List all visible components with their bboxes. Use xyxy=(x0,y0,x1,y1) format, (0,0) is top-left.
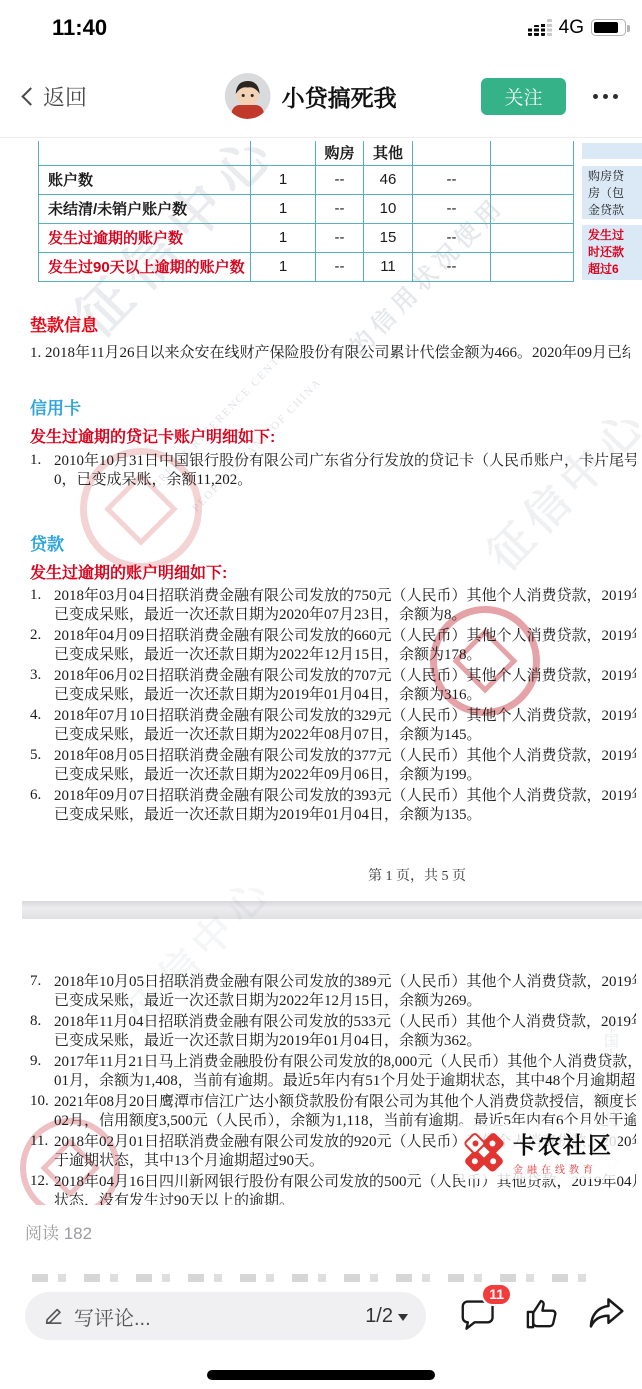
loan-items-page1: 1.2018年03月04日招联消费金融有限公司发放的750元（人民币）其他个人消… xyxy=(30,587,636,825)
loan-item: 6.2018年09月07日招联消费金融有限公司发放的393元（人民币）其他个人消… xyxy=(30,787,636,825)
loan-item: 9.2017年11月21日马上消费金融股份有限公司发放的8,000元（人民币）其… xyxy=(30,1053,636,1091)
advance-item: 1. 2018年11月26日以来众安在线财产保险股份有限公司累计代偿金额为466… xyxy=(30,341,630,362)
section-heading-loans: 贷款 xyxy=(30,530,642,555)
loan-item: 8.2018年11月04日招联消费金融有限公司发放的533元（人民币）其他个人消… xyxy=(30,1013,636,1051)
comments-button[interactable]: 11 xyxy=(460,1296,496,1337)
credit-card-subheading: 发生过逾期的贷记卡账户明细如下: xyxy=(30,424,642,447)
loan-item: 7.2018年10月05日招联消费金融有限公司发放的389元（人民币）其他个人消… xyxy=(30,973,636,1011)
side-note-strip xyxy=(582,143,642,159)
chevron-down-icon xyxy=(398,1314,408,1321)
clock: 11:40 xyxy=(52,15,107,41)
comment-count-badge: 11 xyxy=(481,1283,512,1306)
signal-strength-icon xyxy=(528,19,552,36)
credit-card-item: 1. 2010年10月31日中国银行股份有限公司广东省分行发放的贷记卡（人民币账… xyxy=(30,452,636,490)
network-type-label: 4G xyxy=(559,17,584,39)
overdue-summary-table: 购房 其他 账户数 1 -- 46 -- 未结清/未销户账户数 1 -- 10 … xyxy=(38,141,574,282)
thumbs-up-icon xyxy=(524,1296,560,1332)
share-arrow-icon xyxy=(588,1295,626,1333)
col-header: 购房 xyxy=(316,141,364,165)
table-row: 未结清/未销户账户数 1 -- 10 -- xyxy=(39,194,574,223)
back-label: 返回 xyxy=(43,81,87,112)
loans-subheading: 发生过逾期的账户明细如下: xyxy=(30,560,642,583)
view-count: 阅读 182 xyxy=(25,1219,642,1244)
kanong-brand-watermark: 卡农社区 金融在线教育 xyxy=(458,1124,618,1179)
back-button[interactable]: 返回 xyxy=(24,81,87,112)
section-heading-credit-card: 信用卡 xyxy=(30,394,642,419)
status-bar: 11:40 4G xyxy=(0,0,642,55)
kanong-logo-icon xyxy=(454,1122,513,1181)
table-row: 发生过逾期的账户数 1 -- 15 -- xyxy=(39,223,574,252)
nav-bar: 返回 小贷搞死我 关注 xyxy=(0,55,642,137)
loan-item: 3.2018年06月02日招联消费金融有限公司发放的707元（人民币）其他个人消… xyxy=(30,667,636,705)
home-indicator[interactable] xyxy=(207,1370,435,1380)
post-image-credit-report[interactable]: 征信中心 的信用状况使用 CREDIT REFERENCE CENTER, PE… xyxy=(0,137,642,1205)
side-note-top: 购房贷房（包金贷款 xyxy=(582,166,642,219)
follow-button[interactable]: 关注 xyxy=(481,78,566,115)
more-options-icon[interactable] xyxy=(593,88,618,105)
page-separator xyxy=(22,901,642,919)
loan-item: 2.2018年04月09日招联消费金融有限公司发放的660元（人民币）其他个人消… xyxy=(30,627,636,665)
battery-icon xyxy=(591,19,626,36)
share-button[interactable] xyxy=(588,1295,626,1338)
avatar[interactable] xyxy=(225,73,271,119)
side-note-bottom: 发生过时还款超过6 xyxy=(582,225,642,280)
comment-input[interactable]: 写评论... 1/2 xyxy=(25,1292,426,1340)
page-title: 小贷搞死我 xyxy=(282,80,397,113)
page-number-footer: 第 1 页，共 5 页 xyxy=(368,865,642,885)
chevron-left-icon xyxy=(21,87,39,105)
table-header-row: 购房 其他 xyxy=(39,141,574,165)
loan-item: 1.2018年03月04日招联消费金融有限公司发放的750元（人民币）其他个人消… xyxy=(30,587,636,625)
pen-icon xyxy=(43,1305,65,1327)
comment-placeholder: 写评论... xyxy=(74,1302,151,1331)
section-heading-advance: 垫款信息 xyxy=(30,311,642,336)
page-selector[interactable]: 1/2 xyxy=(365,1305,408,1328)
loan-item: 4.2018年07月10日招联消费金融有限公司发放的329元（人民币）其他个人消… xyxy=(30,707,636,745)
loan-item: 5.2018年08月05日招联消费金融有限公司发放的377元（人民币）其他个人消… xyxy=(30,747,636,785)
table-row: 发生过90天以上逾期的账户数 1 -- 11 -- xyxy=(39,252,574,281)
like-button[interactable] xyxy=(524,1296,560,1337)
col-header: 其他 xyxy=(364,141,413,165)
clipped-text-line xyxy=(32,1274,592,1282)
table-row: 账户数 1 -- 46 -- xyxy=(39,165,574,194)
bottom-action-bar: 写评论... 1/2 11 xyxy=(0,1288,642,1344)
